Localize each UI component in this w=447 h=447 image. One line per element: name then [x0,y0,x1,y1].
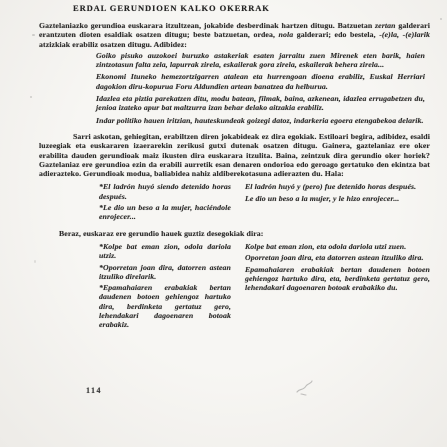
intro-segment-italic: -(e)la, -(e)larik [379,30,430,39]
scan-speck [30,96,32,98]
scanned-book-page: ERDAL GERUNDIOEN KALKO OKERRAK Gaztelani… [0,0,447,447]
basque-wrong-column: *Kolpe bat eman zion, odola dariola utzi… [99,242,231,332]
intro-segment-italic: nola [279,30,294,39]
example-block-3: Idazlea eta piztia parekatzen ditu, modu… [96,94,425,113]
intro-paragraph: Gaztelaniazko gerundioa euskarara itzult… [39,21,430,49]
scan-speck [34,260,36,263]
example-block-4: Indar politiko hauen iritzian, hauteskun… [96,116,425,125]
scan-smudge [293,378,317,398]
example-item-correct: Oporretan joan dira, eta datorren astean… [245,253,430,262]
example-block-2: Ekonomi Ituneko hemezortzigarren atalean… [96,72,425,91]
basque-correct-column: Kolpe bat eman zion, eta odola dariola u… [245,242,430,332]
scan-speck [440,18,442,20]
example-block-1: Goiko pisuko auzokoei buruzko astakeriak… [96,51,425,70]
example-item-wrong: *Epamahaiaren erabakiak bertan daudenen … [99,283,231,329]
basque-example-columns: *Kolpe bat eman zion, odola dariola utzi… [99,242,430,332]
example-item-correct: Epamahaiaren erabakiak bertan daudenen b… [245,265,430,293]
page-content: Gaztelaniazko gerundioa euskarara itzult… [39,21,430,332]
intro-segment: Gaztelaniazko gerundioa euskarara itzult… [39,21,375,30]
spanish-correct-column: El ladrón huyó y (pero) fue detenido hor… [245,182,430,223]
example-item-wrong: *Oporretan joan dira, datorren astean it… [99,263,231,282]
page-number: 114 [86,386,102,395]
body-paragraph: Sarri askotan, gehiegitan, erabiltzen di… [39,132,430,178]
intro-segment: galderari; edo bestela, [293,30,379,39]
intro-segment: atzizkiak erabiliz osatzen ditugu. Adibi… [39,40,187,49]
scan-speck [32,34,35,36]
transition-line: Beraz, euskaraz ere gerundio hauek guzti… [59,229,430,238]
example-item-correct: Le dio un beso a la mujer, y le hizo enr… [245,194,430,203]
spanish-example-columns: *El ladrón huyó siendo detenido horas de… [99,182,430,223]
example-item-correct: Kolpe bat eman zion, eta odola dariola u… [245,242,430,251]
example-item-wrong: *Le dio un beso a la mujer, haciéndole e… [99,203,231,222]
example-item-correct: El ladrón huyó y (pero) fue detenido hor… [245,182,430,191]
spanish-wrong-column: *El ladrón huyó siendo detenido horas de… [99,182,231,223]
intro-segment-italic: zertan [375,21,396,30]
example-item-wrong: *El ladrón huyó siendo detenido horas de… [99,182,231,201]
example-item-wrong: *Kolpe bat eman zion, odola dariola utzi… [99,242,231,261]
page-title: ERDAL GERUNDIOEN KALKO OKERRAK [73,3,270,13]
